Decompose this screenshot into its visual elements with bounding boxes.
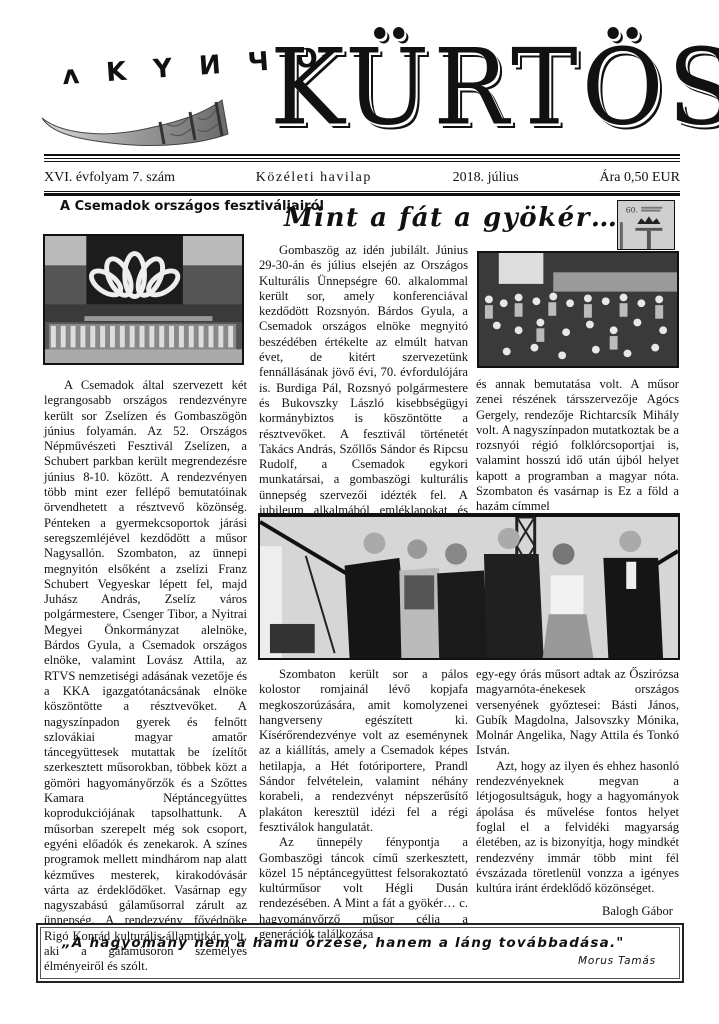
jubilee-poster-inset: 60. [617,200,675,250]
article-column-2-top: Gombaszög az idén jubilált. Június 29-30… [259,243,468,534]
bottom-rule [44,193,680,196]
publication-subtitle: Közéleti havilap [256,170,372,186]
paragraph: Szombaton került sor a pálos kolostor ro… [259,667,468,835]
horn-logo-icon [40,78,230,148]
issue-number: XVI. évfolyam 7. szám [44,170,175,186]
paragraph: A Csemadok által szervezett két legrango… [44,378,247,975]
article-column-1: A Csemadok által szervezett két legrango… [44,378,247,975]
article-column-3-bottom: egy-egy órás műsort adtak az Őszirózsa m… [476,667,679,920]
paragraph: egy-egy órás műsort adtak az Őszirózsa m… [476,667,679,759]
top-rule [44,154,680,156]
jubilee-number: 60. [626,206,638,215]
issue-price: Ára 0,50 EUR [600,170,681,186]
top-rule-thin-2 [44,161,680,162]
article-author: Balogh Gábor [476,904,679,919]
paragraph: Gombaszög az idén jubilált. Június 29-30… [259,243,468,534]
bottom-rule-thin [44,191,680,192]
article-headline: Mint a fát a gyökér… [284,203,618,233]
quote-author: Morus Tamás [578,955,656,967]
paragraph: Azt, hogy az ilyen és ehhez hasonló rend… [476,759,679,897]
singers-on-stage-photo [258,515,680,660]
stage-ensemble-photo [43,234,244,365]
article-column-3-top: és annak bemutatása volt. A műsor zenei … [476,377,679,515]
quote-text: „A hagyomány nem a hamu őrzése, hanem a … [62,935,625,951]
issue-info-bar: XVI. évfolyam 7. szám Közéleti havilap 2… [44,168,680,188]
quote-box [36,923,684,983]
top-rule-thin [44,158,680,159]
dance-hall-photo [477,251,679,368]
issue-date: 2018. július [453,170,519,186]
article-column-2-bottom: Szombaton került sor a pálos kolostor ro… [259,667,468,942]
newspaper-title: KÜRTÖS [270,36,719,141]
paragraph: és annak bemutatása volt. A műsor zenei … [476,377,679,515]
